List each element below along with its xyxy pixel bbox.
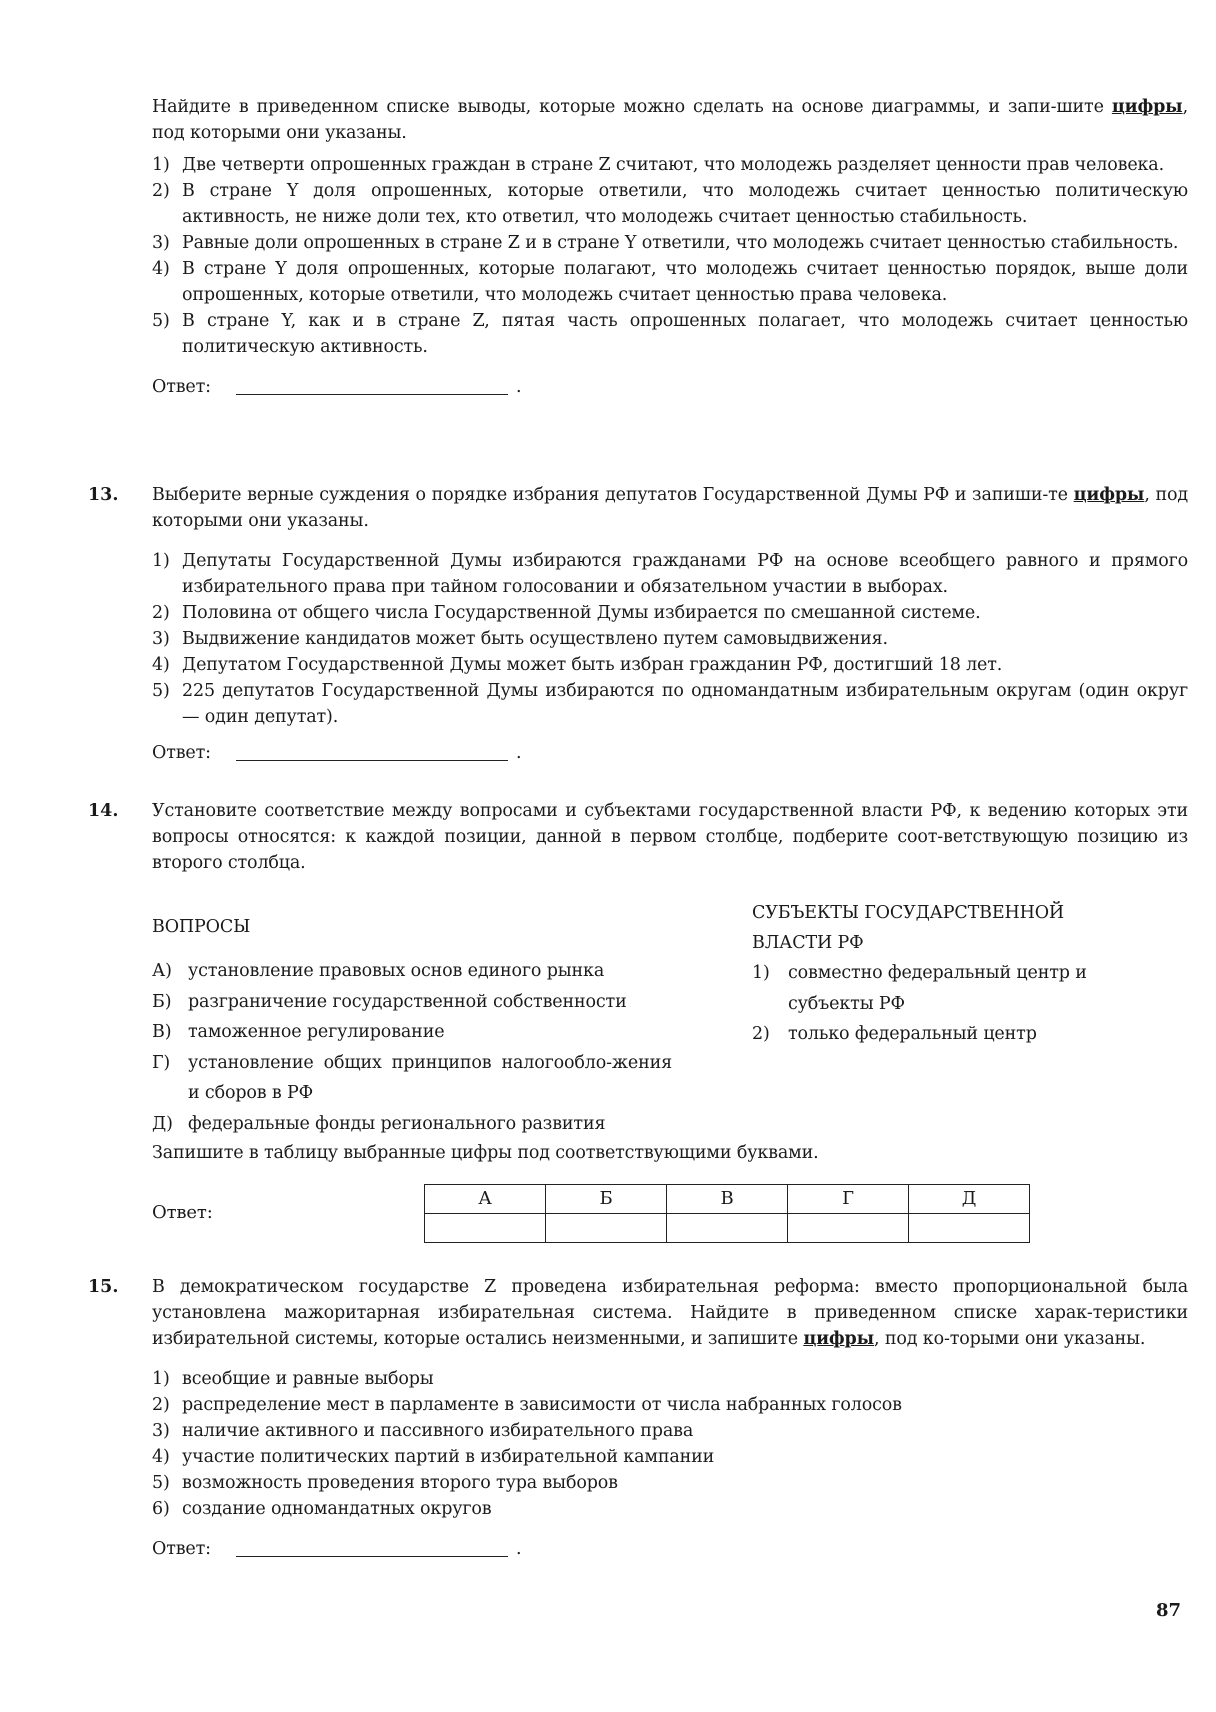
- subject-item: 2)только федеральный центр: [752, 1019, 1172, 1050]
- option-text: наличие активного и пассивного избирател…: [182, 1421, 693, 1441]
- subjects-heading-line2: ВЛАСТИ РФ: [752, 928, 1172, 958]
- option-number: 5): [152, 1470, 170, 1496]
- answer-dot: .: [516, 374, 521, 400]
- item-text: совместно федеральный центр и субъекты Р…: [788, 963, 1087, 1014]
- item-text: только федеральный центр: [788, 1024, 1037, 1044]
- subject-item: 1)совместно федеральный центр и субъекты…: [752, 958, 1172, 1019]
- subjects-list: 1)совместно федеральный центр и субъекты…: [752, 958, 1172, 1050]
- item-text: таможенное регулирование: [188, 1022, 444, 1042]
- option-item: 3)Выдвижение кандидатов может быть осуще…: [152, 626, 1188, 652]
- answer-cell-g[interactable]: [788, 1214, 909, 1243]
- intro-text: Найдите в приведенном списке выводы, кот…: [152, 97, 1112, 117]
- question-13-intro: Выберите верные суждения о порядке избра…: [152, 482, 1188, 534]
- option-number: 6): [152, 1496, 170, 1522]
- question-15-number: 15.: [88, 1274, 118, 1300]
- answer-table-header-row: А Б В Г Д: [425, 1185, 1030, 1214]
- question-13-options: 1)Депутаты Государственной Думы избирают…: [152, 548, 1188, 730]
- question-item: А)установление правовых основ единого ры…: [152, 956, 672, 987]
- answer-dot: .: [516, 740, 521, 766]
- question-item: Б)разграничение государственной собствен…: [152, 987, 672, 1018]
- matching-columns: ВОПРОСЫ А)установление правовых основ ед…: [152, 898, 1188, 1128]
- option-text: участие политических партий в избиратель…: [182, 1447, 714, 1467]
- emphasis-digits: цифры: [1074, 485, 1145, 505]
- option-item: 2)Половина от общего числа Государственн…: [152, 600, 1188, 626]
- answer-label: Ответ:: [152, 1200, 213, 1226]
- subjects-column: СУБЪЕКТЫ ГОСУДАРСТВЕННОЙ ВЛАСТИ РФ 1)сов…: [752, 898, 1172, 1050]
- question-item: Г)установление общих принципов налогообл…: [152, 1048, 672, 1109]
- option-item: 4)Депутатом Государственной Думы может б…: [152, 652, 1188, 678]
- answer-table-input-row: [425, 1214, 1030, 1243]
- option-item: 4)участие политических партий в избирате…: [152, 1444, 1188, 1470]
- option-item: 4)В стране Y доля опрошенных, которые по…: [152, 256, 1188, 308]
- option-number: 4): [152, 256, 170, 282]
- question-12: Найдите в приведенном списке выводы, кот…: [152, 94, 1188, 400]
- question-14-answer: Ответ: А Б В Г Д: [152, 1184, 1188, 1246]
- option-text: распределение мест в парламенте в зависи…: [182, 1395, 902, 1415]
- option-number: 1): [152, 1366, 170, 1392]
- option-text: В стране Y доля опрошенных, которые пола…: [182, 259, 1188, 305]
- option-number: 2): [152, 178, 170, 204]
- answer-field[interactable]: [236, 394, 508, 395]
- answer-table-header: Д: [909, 1185, 1030, 1214]
- question-14-number: 14.: [88, 798, 118, 824]
- answer-field[interactable]: [236, 760, 508, 761]
- question-12-options: 1)Две четверти опрошенных граждан в стра…: [152, 152, 1188, 360]
- questions-list: А)установление правовых основ единого ры…: [152, 956, 672, 1139]
- answer-table-header: А: [425, 1185, 546, 1214]
- item-text: установление общих принципов налогообло-…: [188, 1053, 672, 1104]
- question-12-intro: Найдите в приведенном списке выводы, кот…: [152, 94, 1188, 146]
- answer-table-header: Б: [546, 1185, 667, 1214]
- option-number: 3): [152, 1418, 170, 1444]
- option-item: 1)всеобщие и равные выборы: [152, 1366, 1188, 1392]
- option-number: 2): [152, 600, 170, 626]
- option-text: возможность проведения второго тура выбо…: [182, 1473, 618, 1493]
- option-text: В стране Y доля опрошенных, которые отве…: [182, 181, 1188, 227]
- answer-label: Ответ:: [152, 740, 211, 766]
- option-number: 4): [152, 652, 170, 678]
- answer-label: Ответ:: [152, 374, 211, 400]
- item-letter: Г): [152, 1048, 170, 1079]
- answer-cell-v[interactable]: [667, 1214, 788, 1243]
- option-number: 2): [152, 1392, 170, 1418]
- textbook-page: Найдите в приведенном списке выводы, кот…: [0, 0, 1216, 1712]
- emphasis-digits: цифры: [1112, 97, 1183, 117]
- option-number: 1): [152, 548, 170, 574]
- table-instruction: Запишите в таблицу выбранные цифры под с…: [152, 1140, 1188, 1166]
- answer-label: Ответ:: [152, 1536, 211, 1562]
- option-number: 3): [152, 230, 170, 256]
- question-item: Д)федеральные фонды регионального развит…: [152, 1109, 672, 1140]
- questions-column: ВОПРОСЫ А)установление правовых основ ед…: [152, 898, 672, 1139]
- item-text: федеральные фонды регионального развития: [188, 1114, 605, 1134]
- question-14-intro: Установите соответствие между вопросами …: [152, 798, 1188, 876]
- question-15-options: 1)всеобщие и равные выборы 2)распределен…: [152, 1366, 1188, 1522]
- item-number: 2): [752, 1019, 770, 1050]
- answer-table-header: В: [667, 1185, 788, 1214]
- option-number: 4): [152, 1444, 170, 1470]
- option-item: 3)Равные доли опрошенных в стране Z и в …: [152, 230, 1188, 256]
- option-number: 3): [152, 626, 170, 652]
- item-letter: Д): [152, 1109, 173, 1140]
- item-letter: А): [152, 956, 172, 987]
- option-text: Депутатом Государственной Думы может быт…: [182, 655, 1002, 675]
- option-item: 2)распределение мест в парламенте в зави…: [152, 1392, 1188, 1418]
- question-15: В демократическом государстве Z проведен…: [152, 1274, 1188, 1562]
- option-item: 1)Две четверти опрошенных граждан в стра…: [152, 152, 1188, 178]
- option-text: Выдвижение кандидатов может быть осущест…: [182, 629, 888, 649]
- intro-text-end: , под ко-торыми они указаны.: [874, 1329, 1145, 1349]
- answer-table-header: Г: [788, 1185, 909, 1214]
- question-15-intro: В демократическом государстве Z проведен…: [152, 1274, 1188, 1352]
- option-text: Равные доли опрошенных в стране Z и в ст…: [182, 233, 1178, 253]
- question-12-answer: Ответ: .: [152, 374, 1188, 400]
- option-text: Депутаты Государственной Думы избираются…: [182, 551, 1188, 597]
- question-13: Выберите верные суждения о порядке избра…: [152, 482, 1188, 766]
- page-number: 87: [1156, 1600, 1181, 1621]
- answer-cell-a[interactable]: [425, 1214, 546, 1243]
- intro-text: Выберите верные суждения о порядке избра…: [152, 485, 1074, 505]
- questions-heading: ВОПРОСЫ: [152, 912, 672, 942]
- item-text: разграничение государственной собственно…: [188, 992, 627, 1012]
- option-item: 6)создание одномандатных округов: [152, 1496, 1188, 1522]
- item-letter: Б): [152, 987, 171, 1018]
- item-number: 1): [752, 958, 770, 989]
- option-number: 1): [152, 152, 170, 178]
- option-item: 3)наличие активного и пассивного избират…: [152, 1418, 1188, 1444]
- answer-table: А Б В Г Д: [424, 1184, 1030, 1243]
- option-item: 5)В стране Y, как и в стране Z, пятая ча…: [152, 308, 1188, 360]
- option-item: 5)возможность проведения второго тура вы…: [152, 1470, 1188, 1496]
- option-text: создание одномандатных округов: [182, 1499, 492, 1519]
- option-text: 225 депутатов Государственной Думы избир…: [182, 681, 1188, 727]
- question-15-answer: Ответ: .: [152, 1536, 1188, 1562]
- question-13-answer: Ответ: .: [152, 740, 1188, 766]
- option-text: Половина от общего числа Государственной…: [182, 603, 981, 623]
- option-number: 5): [152, 678, 170, 704]
- answer-cell-d[interactable]: [909, 1214, 1030, 1243]
- option-number: 5): [152, 308, 170, 334]
- answer-cell-b[interactable]: [546, 1214, 667, 1243]
- option-item: 2)В стране Y доля опрошенных, которые от…: [152, 178, 1188, 230]
- option-item: 5)225 депутатов Государственной Думы изб…: [152, 678, 1188, 730]
- question-item: В)таможенное регулирование: [152, 1017, 672, 1048]
- option-item: 1)Депутаты Государственной Думы избирают…: [152, 548, 1188, 600]
- answer-dot: .: [516, 1536, 521, 1562]
- option-text: В стране Y, как и в стране Z, пятая част…: [182, 311, 1188, 357]
- option-text: всеобщие и равные выборы: [182, 1369, 434, 1389]
- emphasis-digits: цифры: [803, 1329, 874, 1349]
- subjects-heading: СУБЪЕКТЫ ГОСУДАРСТВЕННОЙ: [752, 898, 1172, 928]
- item-text: установление правовых основ единого рынк…: [188, 961, 604, 981]
- question-14: Установите соответствие между вопросами …: [152, 798, 1188, 1246]
- option-text: Две четверти опрошенных граждан в стране…: [182, 155, 1164, 175]
- answer-field[interactable]: [236, 1556, 508, 1557]
- item-letter: В): [152, 1017, 171, 1048]
- question-13-number: 13.: [88, 482, 118, 508]
